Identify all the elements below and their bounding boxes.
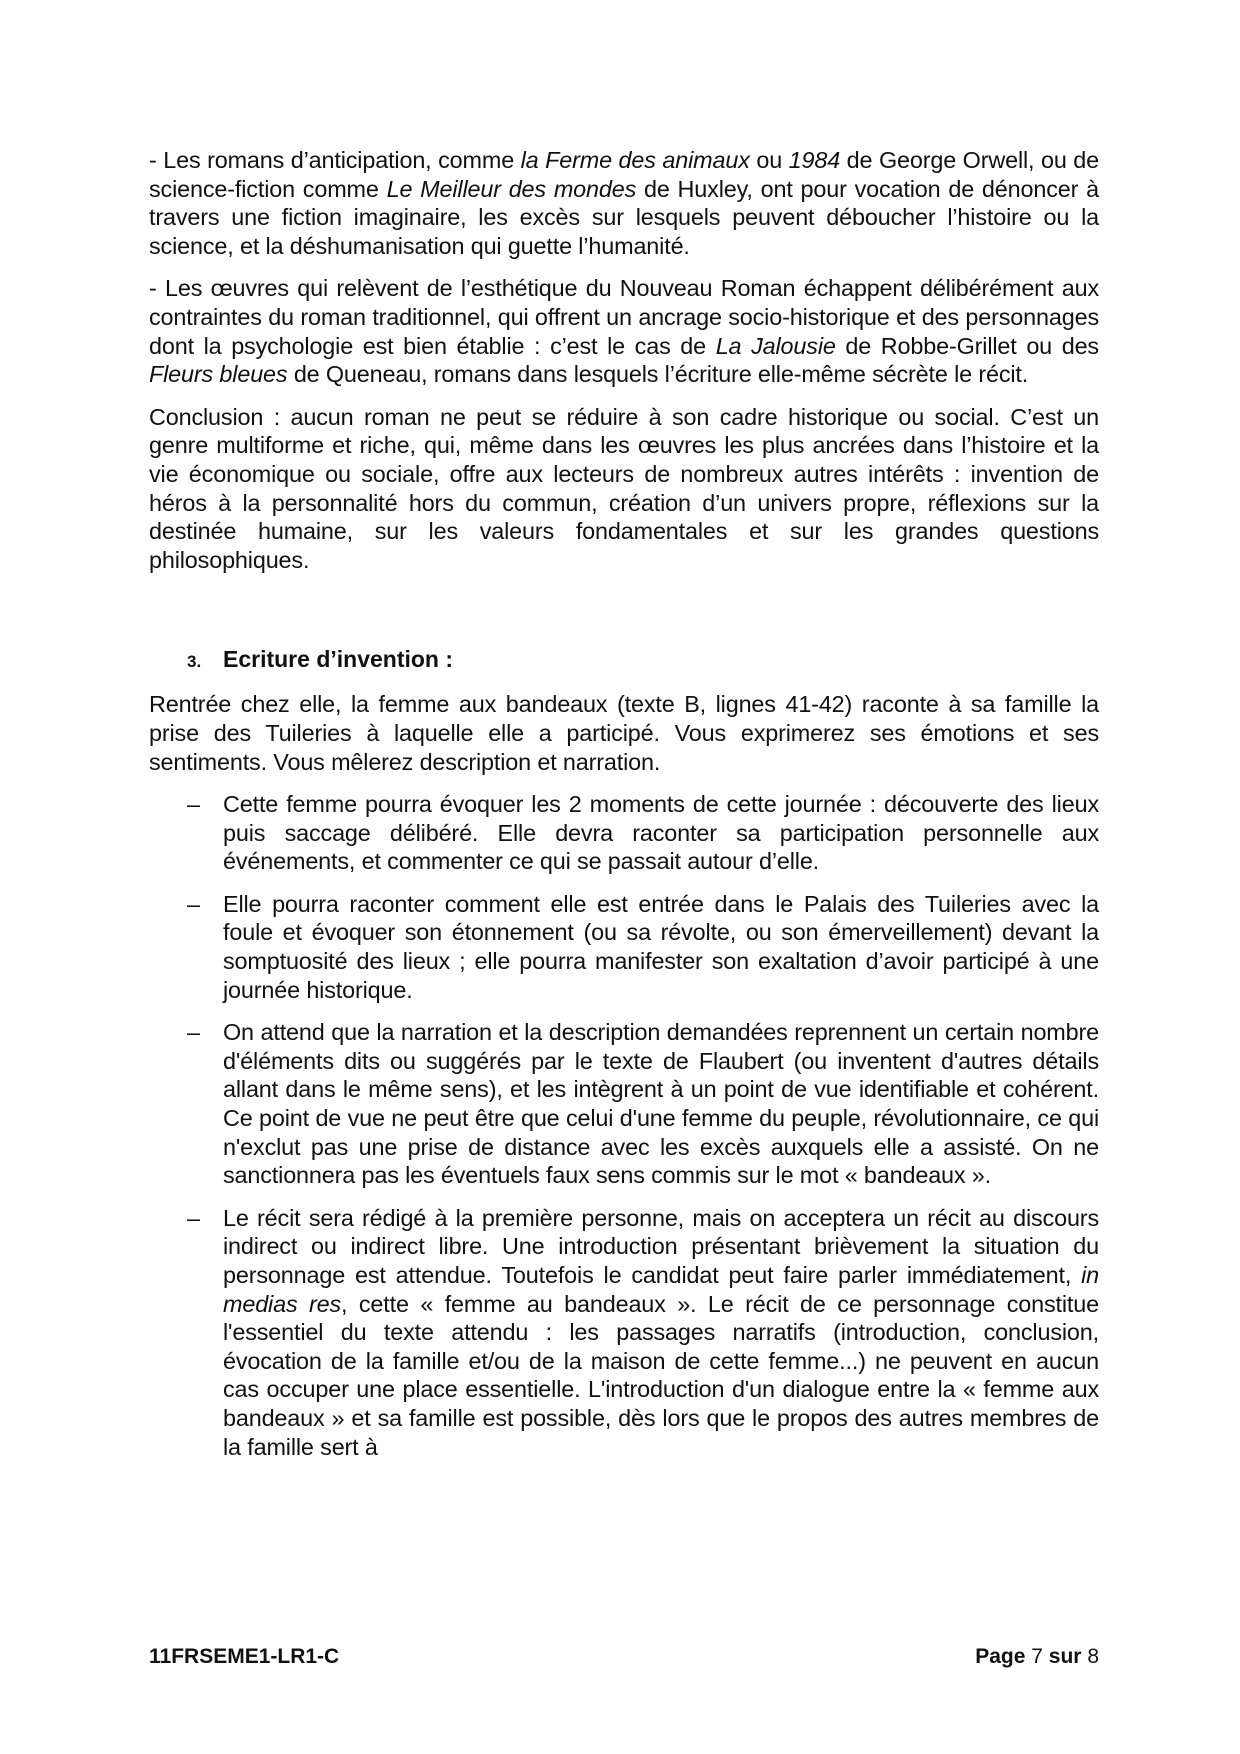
list-item-text: Elle pourra raconter comment elle est en… xyxy=(223,891,1099,1003)
list-item: – On attend que la narration et la descr… xyxy=(149,1018,1099,1190)
text-run: - Les romans d’anticipation, comme xyxy=(149,147,521,173)
document-code: 11FRSEME1-LR1-C xyxy=(149,1645,339,1669)
dash-bullet-icon: – xyxy=(187,1018,200,1047)
list-item: – Cette femme pourra évoquer les 2 momen… xyxy=(149,790,1099,876)
book-title: 1984 xyxy=(789,147,840,173)
book-title: la Ferme des animaux xyxy=(521,147,750,173)
list-item-text: , cette « femme au bandeaux ». Le récit … xyxy=(223,1291,1099,1460)
criteria-list: – Cette femme pourra évoquer les 2 momen… xyxy=(149,790,1099,1461)
paragraph-anticipation: - Les romans d’anticipation, comme la Fe… xyxy=(149,146,1099,260)
list-item-text: On attend que la narration et la descrip… xyxy=(223,1019,1099,1188)
page-footer: 11FRSEME1-LR1-C Page 7 sur 8 xyxy=(149,1645,1099,1669)
list-item: – Elle pourra raconter comment elle est … xyxy=(149,890,1099,1004)
dash-bullet-icon: – xyxy=(187,890,200,919)
book-title: La Jalousie xyxy=(716,333,836,359)
book-title: Fleurs bleues xyxy=(149,361,287,387)
of-label: sur xyxy=(1049,1645,1082,1668)
page-current: 7 xyxy=(1031,1645,1043,1668)
document-page: - Les romans d’anticipation, comme la Fe… xyxy=(149,146,1099,1475)
section-heading: 3. Ecriture d’invention : xyxy=(187,646,1099,690)
page-label: Page xyxy=(975,1645,1025,1668)
text-run: ou xyxy=(750,147,789,173)
dash-bullet-icon: – xyxy=(187,790,200,819)
section-intro: Rentrée chez elle, la femme aux bandeaux… xyxy=(149,690,1099,776)
book-title: Le Meilleur des mondes xyxy=(387,176,637,202)
list-item: – Le récit sera rédigé à la première per… xyxy=(149,1204,1099,1461)
text-run: de Robbe-Grillet ou des xyxy=(836,333,1099,359)
section-number: 3. xyxy=(187,652,223,672)
section-title: Ecriture d’invention : xyxy=(223,646,453,673)
list-item-text: Le récit sera rédigé à la première perso… xyxy=(223,1205,1099,1288)
page-number: Page 7 sur 8 xyxy=(975,1645,1099,1669)
dash-bullet-icon: – xyxy=(187,1204,200,1233)
paragraph-conclusion: Conclusion : aucun roman ne peut se rédu… xyxy=(149,403,1099,575)
page-total: 8 xyxy=(1087,1645,1099,1668)
text-run: de Queneau, romans dans lesquels l’écrit… xyxy=(287,361,1028,387)
list-item-text: Cette femme pourra évoquer les 2 moments… xyxy=(223,791,1099,874)
paragraph-nouveau-roman: - Les œuvres qui relèvent de l’esthétiqu… xyxy=(149,274,1099,388)
